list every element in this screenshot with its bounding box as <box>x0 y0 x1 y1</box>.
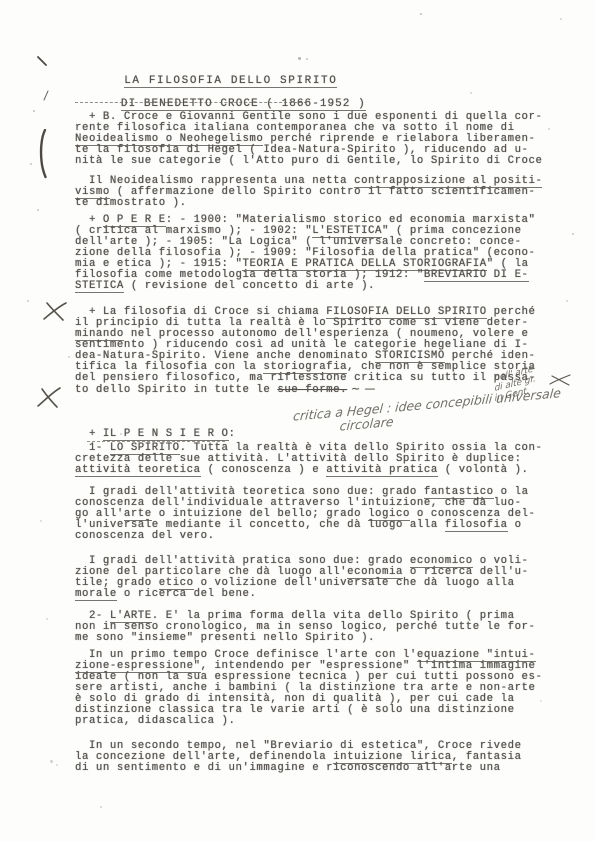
scan-speck <box>420 13 422 15</box>
scan-speck <box>27 300 29 302</box>
margin-bracket-pen-mark <box>39 129 49 179</box>
underlined-text: BREVIARIO DI E- <box>424 269 529 282</box>
scan-speck <box>30 163 32 165</box>
struck-text: sue forme. <box>277 384 347 396</box>
x-pen-mark <box>36 386 62 410</box>
corner-pen-tick <box>42 90 50 102</box>
title-dashed-rule <box>75 102 307 103</box>
paragraph: + O P E R E: - 1900: "Materialismo stori… <box>75 215 555 292</box>
text-run: o <box>508 519 522 531</box>
pen-scribble <box>548 372 572 388</box>
typewritten-line: conoscenza del vero. <box>75 531 555 542</box>
paragraph: Il Neoidealismo rappresenta una netta co… <box>75 176 555 209</box>
scan-speck <box>470 92 472 94</box>
scan-speck <box>560 18 562 20</box>
scan-speck <box>298 57 301 60</box>
scan-speck <box>540 700 542 702</box>
scan-speck <box>40 520 42 522</box>
text-run: ( volontà ). <box>438 464 529 476</box>
text-run: ( revisione del concetto di arte ). <box>124 280 375 292</box>
text-run: del pensiero filosofico, ma riflessione … <box>75 372 536 384</box>
scanned-document-page: LA FILOSOFIA DELLO SPIRITO DI BENEDETTO … <box>0 0 595 842</box>
text-run: o ricerca del bene. <box>117 588 257 600</box>
scan-speck <box>548 128 550 130</box>
paragraph: I gradi dell'attività teoretica sono due… <box>75 487 555 542</box>
typewritten-line: me sono "insieme" presenti nello Spirito… <box>75 633 555 644</box>
scan-speck <box>566 300 568 302</box>
typewritten-line: morale o ricerca del bene. <box>75 589 555 600</box>
scan-speck <box>46 618 48 620</box>
paragraph: 2- L'ARTE. E' la prima forma della vita … <box>75 611 555 644</box>
scan-speck <box>33 110 35 112</box>
typewritten-line: di un sentimento e di un'immagine e rico… <box>75 763 555 774</box>
typewritten-line: attività teoretica ( conoscenza ) e atti… <box>75 465 555 476</box>
text-run: conoscenza del vero. <box>75 530 215 542</box>
paragraph: + La filosofia di Croce si chiama FILOSO… <box>75 307 555 396</box>
scan-speck <box>100 806 102 808</box>
paragraph: 1- LO SPIRITO. Tutta la realtà è vita de… <box>75 443 555 476</box>
text-run: nità le sue categorie ( l'Atto puro di G… <box>75 155 542 167</box>
scan-speck <box>50 760 53 763</box>
scan-speck <box>306 58 308 60</box>
text-run: te dimostrato ). <box>75 197 187 209</box>
text-run: di un sentimento e di un'immagine e rico… <box>75 762 501 774</box>
text-run: to dello Spirito in tutte le <box>75 384 277 396</box>
underlined-text: morale <box>75 588 117 601</box>
underlined-text: attività teoretica <box>75 464 201 477</box>
underlined-text: filosofia <box>445 519 508 532</box>
corner-pen-tick <box>36 55 48 67</box>
scan-speck <box>68 356 70 358</box>
typewritten-line: te dimostrato ). <box>75 198 555 209</box>
paragraph: + B. Croce e Giovanni Gentile sono i due… <box>75 112 555 167</box>
typewritten-line: STETICA ( revisione del concetto di arte… <box>75 281 555 292</box>
text-run: ( conoscenza ) e <box>201 464 327 476</box>
text-run: pratica, didascalica ). <box>75 715 235 727</box>
underlined-text: attività pratica <box>326 464 438 477</box>
scan-speck <box>37 209 39 211</box>
scan-speck <box>56 764 58 766</box>
title-line-2: DI BENEDETTO CROCE ( 1866-1952 ) <box>121 98 366 111</box>
scan-speck <box>120 433 122 435</box>
paragraph: In un primo tempo Croce definisce l'arte… <box>75 650 555 727</box>
underlined-text: STETICA <box>75 280 124 293</box>
typewritten-line: del pensiero filosofico, ma riflessione … <box>75 373 555 384</box>
text-run: ~ — <box>347 383 376 395</box>
paragraph: In un secondo tempo, nel "Breviario di e… <box>75 741 555 774</box>
typewritten-line: nità le sue categorie ( l'Atto puro di G… <box>75 156 555 167</box>
text-run: : <box>229 428 236 440</box>
scan-speck <box>572 233 574 235</box>
document-sheet: LA FILOSOFIA DELLO SPIRITO DI BENEDETTO … <box>0 0 595 842</box>
typewritten-line: pratica, didascalica ). <box>75 716 555 727</box>
text-run: + <box>75 428 103 440</box>
text-run: me sono "insieme" presenti nello Spirito… <box>75 632 375 644</box>
x-pen-mark <box>42 301 68 323</box>
text-run: " ( la <box>487 258 529 270</box>
paragraph: I gradi dell'attività pratica sono due: … <box>75 556 555 600</box>
